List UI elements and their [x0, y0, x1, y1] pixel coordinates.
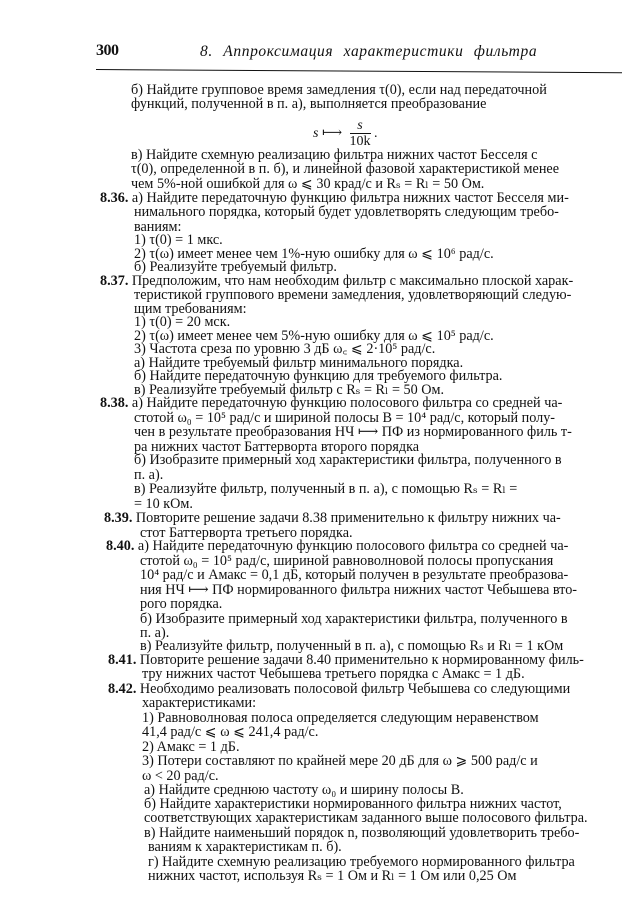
line-text: б) Изобразите примерный ход характеристи… [134, 452, 562, 468]
text-line: б) Изобразите примерный ход характеристи… [134, 452, 562, 468]
page-header: 300 8. Аппроксимация характеристики филь… [96, 42, 618, 64]
problem-number: 8.41. [108, 652, 140, 668]
line-text: функций, полученной в п. а), выполняется… [131, 96, 486, 112]
running-title: 8. Аппроксимация характеристики фильтра [200, 43, 537, 61]
page-number: 300 [96, 42, 119, 60]
problem-number: 8.39. [104, 510, 136, 526]
text-line: б) Изобразите примерный ход характеристи… [140, 611, 568, 627]
problem-number: 8.38. [100, 395, 132, 411]
transform-formula: s ⟼ s 10k . [313, 118, 378, 150]
problem-number: 8.40. [106, 538, 138, 554]
book-page: 300 8. Аппроксимация характеристики филь… [0, 0, 643, 900]
problem-number: 8.37. [100, 273, 132, 289]
line-text: нимального порядка, который будет удовле… [134, 204, 559, 220]
line-text: нижних частот, используя Rₛ = 1 Ом и Rₗ … [148, 868, 516, 884]
text-line: нижних частот, используя Rₛ = 1 Ом и Rₗ … [148, 868, 516, 884]
header-rule [96, 69, 622, 73]
line-text: б) Изобразите примерный ход характеристи… [140, 611, 568, 627]
formula-period: . [374, 126, 378, 141]
text-line: функций, полученной в п. а), выполняется… [131, 96, 486, 112]
problem-number: 8.42. [108, 681, 140, 697]
formula-numerator: s [350, 118, 371, 134]
formula-fraction: s 10k [350, 118, 371, 150]
formula-lhs: s ⟼ [313, 126, 342, 141]
problem-number: 8.36. [100, 190, 132, 206]
text-line: нимального порядка, который будет удовле… [134, 204, 559, 220]
